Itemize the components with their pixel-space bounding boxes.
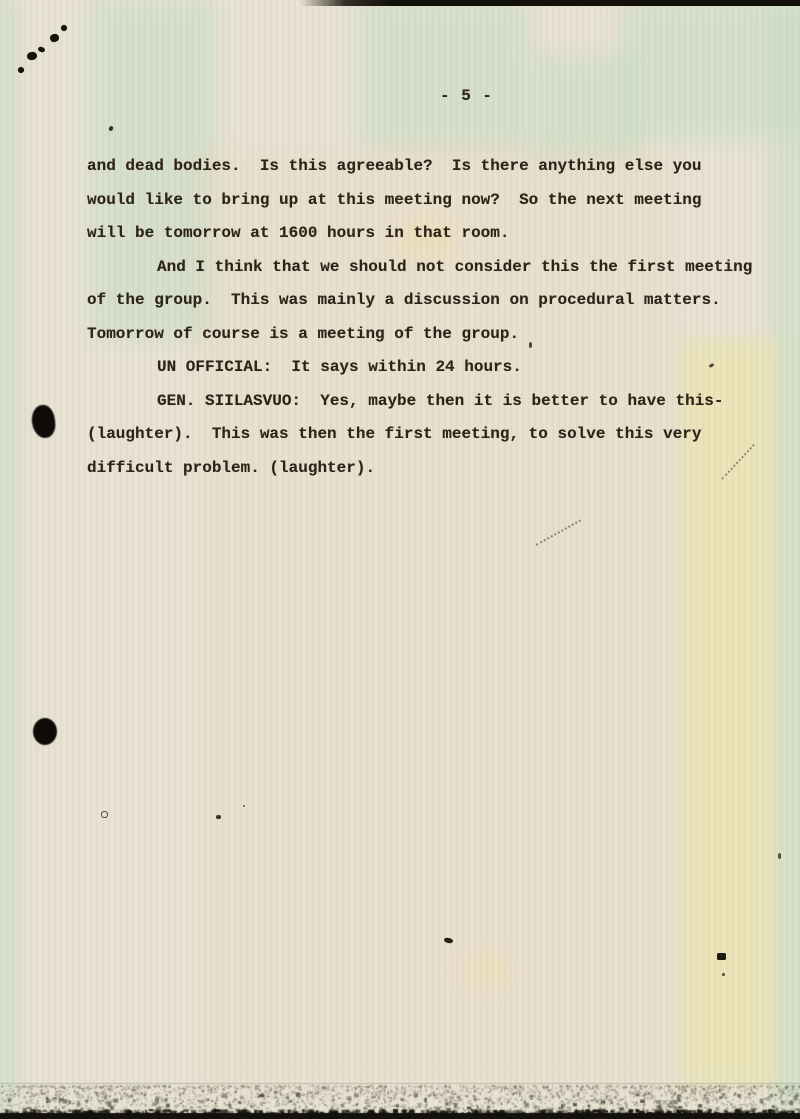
text-line: will be tomorrow at 1600 hours in that r… <box>87 217 767 251</box>
text-line: would like to bring up at this meeting n… <box>87 184 767 218</box>
paper-tint-green-right-edge <box>772 0 800 1119</box>
text-line: And I think that we should not consider … <box>87 251 767 285</box>
text-line: and dead bodies. Is this agreeable? Is t… <box>87 150 767 184</box>
hole-punch <box>33 718 57 745</box>
typewritten-text: and dead bodies. Is this agreeable? Is t… <box>87 150 767 485</box>
paper-tint-green-topright <box>620 0 800 140</box>
text-line: of the group. This was mainly a discussi… <box>87 284 767 318</box>
text-line: UN OFFICIAL: It says within 24 hours. <box>87 351 767 385</box>
stray-mark <box>778 853 781 859</box>
text-line: Tomorrow of course is a meeting of the g… <box>87 318 767 352</box>
ink-speck <box>60 24 68 32</box>
stray-mark <box>722 973 725 976</box>
page-number: - 5 - <box>440 86 493 106</box>
paper-tint-yellow-patch2 <box>465 956 507 986</box>
text-line: GEN. SIILASVUO: Yes, maybe then it is be… <box>87 385 767 419</box>
paper-tint-green-topmid2 <box>530 55 640 160</box>
stray-mark <box>101 811 108 818</box>
stray-mark <box>216 815 221 819</box>
scanned-document-page: { "document": { "page_number": "- 5 -", … <box>0 0 800 1119</box>
stray-mark <box>243 805 245 807</box>
text-line: (laughter). This was then the first meet… <box>87 418 767 452</box>
scan-noise-band-bottom <box>0 1076 800 1119</box>
pencil-mark <box>536 519 582 545</box>
scan-edge-top <box>300 0 800 6</box>
text-line: difficult problem. (laughter). <box>87 452 767 486</box>
ink-speck <box>49 33 60 43</box>
paper-tint-green-left-edge <box>0 0 20 1119</box>
ink-speck <box>26 51 37 61</box>
ink-speck <box>17 66 25 74</box>
stray-mark <box>108 125 114 131</box>
stray-mark <box>444 937 454 944</box>
stray-mark <box>717 953 726 960</box>
hole-punch <box>30 404 57 440</box>
ink-speck <box>37 46 45 53</box>
paper-tint-green-topmid <box>360 0 530 150</box>
